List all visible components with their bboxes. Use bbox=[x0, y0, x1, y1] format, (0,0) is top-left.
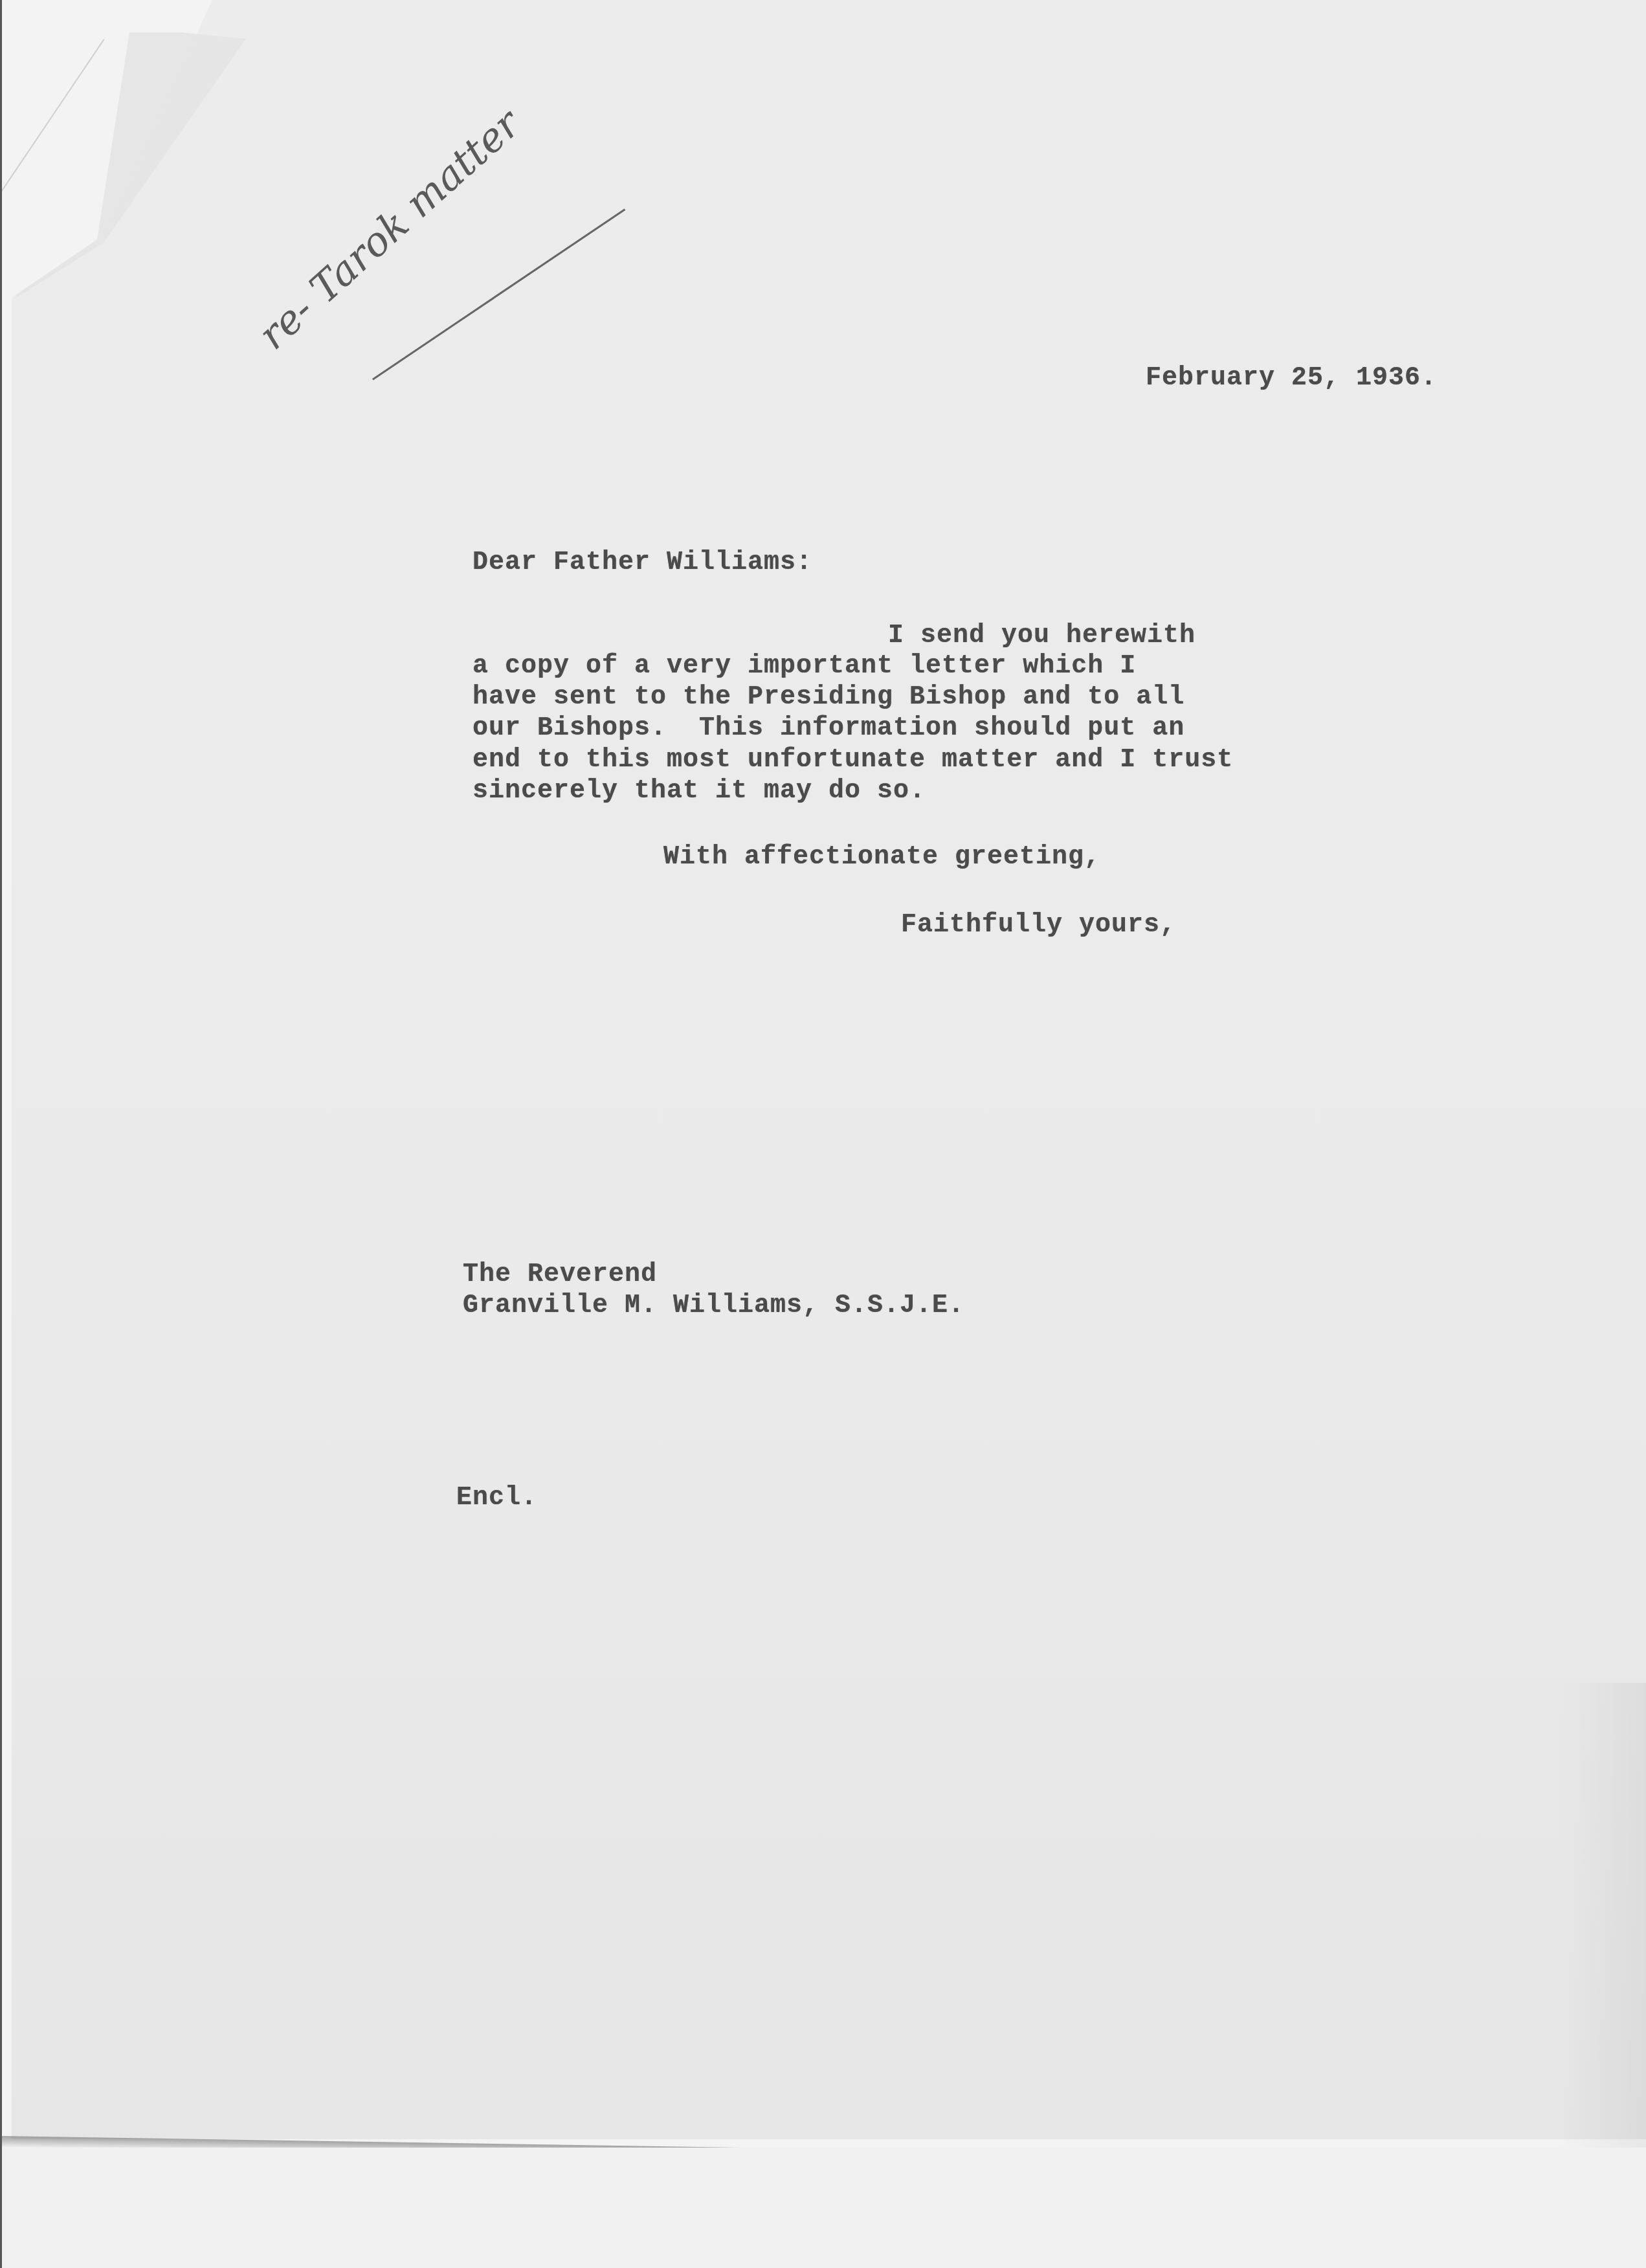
enclosure-note: Encl. bbox=[456, 1482, 537, 1514]
body-line-6: sincerely that it may do so. bbox=[473, 775, 926, 807]
closing-greeting: With affectionate greeting, bbox=[663, 841, 1100, 873]
scanner-bed bbox=[2, 2148, 1646, 2268]
recipient-name: Granville M. Williams, S.S.J.E. bbox=[463, 1290, 964, 1322]
body-line-2: a copy of a very important letter which … bbox=[473, 650, 1136, 682]
letter-date: February 25, 1936. bbox=[1146, 362, 1437, 394]
recipient-title: The Reverend bbox=[463, 1259, 657, 1291]
body-line-1: I send you herewith bbox=[888, 620, 1196, 652]
body-line-3: have sent to the Presiding Bishop and to… bbox=[473, 682, 1184, 713]
salutation: Dear Father Williams: bbox=[473, 547, 812, 579]
body-line-5: end to this most unfortunate matter and … bbox=[473, 744, 1233, 776]
closing-signoff: Faithfully yours, bbox=[901, 909, 1176, 941]
paper-shading bbox=[1555, 1683, 1646, 2149]
scan-border bbox=[0, 0, 2, 2268]
body-line-4: our Bishops. This information should put… bbox=[473, 713, 1184, 744]
